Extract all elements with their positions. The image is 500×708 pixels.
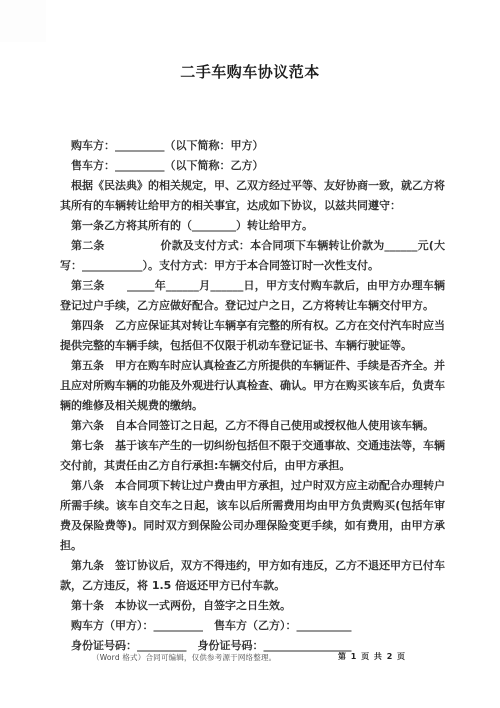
paragraph-article-4: 第四条 乙方应保证其对转让车辆享有完整的所有权。乙方在交付汽车时应当提供完整的车… — [60, 316, 445, 356]
paragraph-article-3: 第三条 _____年______月______日，甲方支付购车款后，由甲方办理车… — [60, 276, 445, 316]
paragraph-article-1: 第一条乙方将其所有的（________）转让给甲方。 — [60, 216, 445, 236]
paragraph-article-10: 第十条 本协议一式两份，自签字之日生效。 — [60, 596, 445, 616]
paragraph-article-8: 第八条 本合同项下转让过户费由甲方承担，过户时双方应主动配合办理转户所需手续。该… — [60, 476, 445, 556]
paragraph-article-2: 第二条 价款及支付方式：本合同项下车辆转让价款为______元(大写：_____… — [60, 236, 445, 276]
paragraph-seller-line: 售车方：_________（以下简称：乙方） — [60, 156, 445, 176]
footer-note: （Word 格式）合同可编辑，仅供参考源于网络整理。 — [92, 652, 276, 664]
corner-shade — [0, 0, 46, 42]
paragraph-article-7: 第七条 基于该车产生的一切纠纷包括但不限于交通事故、交通违法等，车辆交付前，其责… — [60, 436, 445, 476]
paragraph-signature-line: 购车方（甲方）：_________ 售车方（乙方）：__________ — [60, 616, 445, 636]
document-title: 二手车购车协议范本 — [0, 63, 500, 81]
contract-document-page: 二手车购车协议范本 购车方：_________（以下简称：甲方） 售车方：___… — [0, 0, 500, 708]
paragraph-article-6: 第六条 自本合同签订之日起，乙方不得自己使用或授权他人使用该车辆。 — [60, 416, 445, 436]
paragraph-article-9: 第九条 签订协议后，双方不得违约，甲方如有违反，乙方不退还甲方已付车款，乙方违反… — [60, 556, 445, 596]
paragraph-article-5: 第五条 甲方在购车时应认真检查乙方所提供的车辆证件、手续是否齐全。并且应对所购车… — [60, 356, 445, 416]
paragraph-preamble: 根据《民法典》的相关规定，甲、乙双方经过平等、友好协商一致，就乙方将其所有的车辆… — [60, 176, 445, 216]
page-indicator: 第 1 页 共 2 页 — [338, 651, 406, 663]
contract-body: 购车方：_________（以下简称：甲方） 售车方：_________（以下简… — [60, 136, 445, 656]
paragraph-buyer-line: 购车方：_________（以下简称：甲方） — [60, 136, 445, 156]
